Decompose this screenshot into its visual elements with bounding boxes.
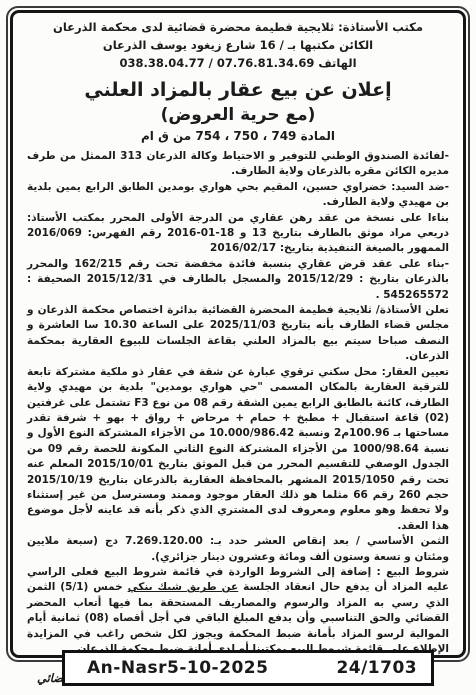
auction-date-paragraph: تعلن الأستاذة/ ثلايجية فطيمة المحضرة الق… <box>27 303 449 365</box>
notice-subtitle: (مع حرية العروض) <box>27 102 449 128</box>
sale-terms-underlined-payment-method: عن طريق شيك بنكي <box>128 581 239 593</box>
legal-article-reference: المادة 749 ، 750 ، 754 من ق ام <box>27 128 449 144</box>
office-name-line: مكتب الأستاذة: ثلايجية فطيمة محضرة قضائي… <box>27 18 449 36</box>
scanned-legal-notice-page: مكتب الأستاذة: ثلايجية فطيمة محضرة قضائي… <box>0 0 476 695</box>
office-address-line: الكائن مكتبها بـ / 16 شارع زيغود يوسف ال… <box>27 36 449 54</box>
publication-reference-number: 24/1703 <box>336 658 417 678</box>
loan-contract-paragraph: -بناء على عقد قرض عقاري بنسبة فائدة مخفض… <box>27 257 449 303</box>
sale-terms-paragraph: شروط البيع : إضافة إلى الشروط الواردة في… <box>27 565 449 657</box>
base-price-paragraph: الثمن الأساسي / بعد إنقاص العشر حدد بـ: … <box>27 534 449 565</box>
office-header: مكتب الأستاذة: ثلايجية فطيمة محضرة قضائي… <box>27 18 449 72</box>
defendant-paragraph: -ضد السيد: خضراوي حسين، المقيم بحي هواري… <box>27 180 449 211</box>
publication-stamp-box: An-Nasr5-10-2025 24/1703 <box>62 650 434 686</box>
property-description-paragraph: تعيين العقار: محل سكني ترقوي عبارة عن شق… <box>27 365 449 534</box>
publication-name-date: An-Nasr5-10-2025 <box>87 658 268 678</box>
office-phone-line: الهاتف 07.76.81.34.69 / 038.38.04.77 <box>27 54 449 72</box>
notice-content: مكتب الأستاذة: ثلايجية فطيمة محضرة قضائي… <box>27 18 449 687</box>
mortgage-deed-paragraph: بناءا على نسخة من عقد رهن عقاري من الدرج… <box>27 211 449 257</box>
notice-title: إعلان عن بيع عقار بالمزاد العلني <box>27 78 449 102</box>
beneficiary-paragraph: -لفائدة الصندوق الوطني للتوفير و الاحتيا… <box>27 149 449 180</box>
